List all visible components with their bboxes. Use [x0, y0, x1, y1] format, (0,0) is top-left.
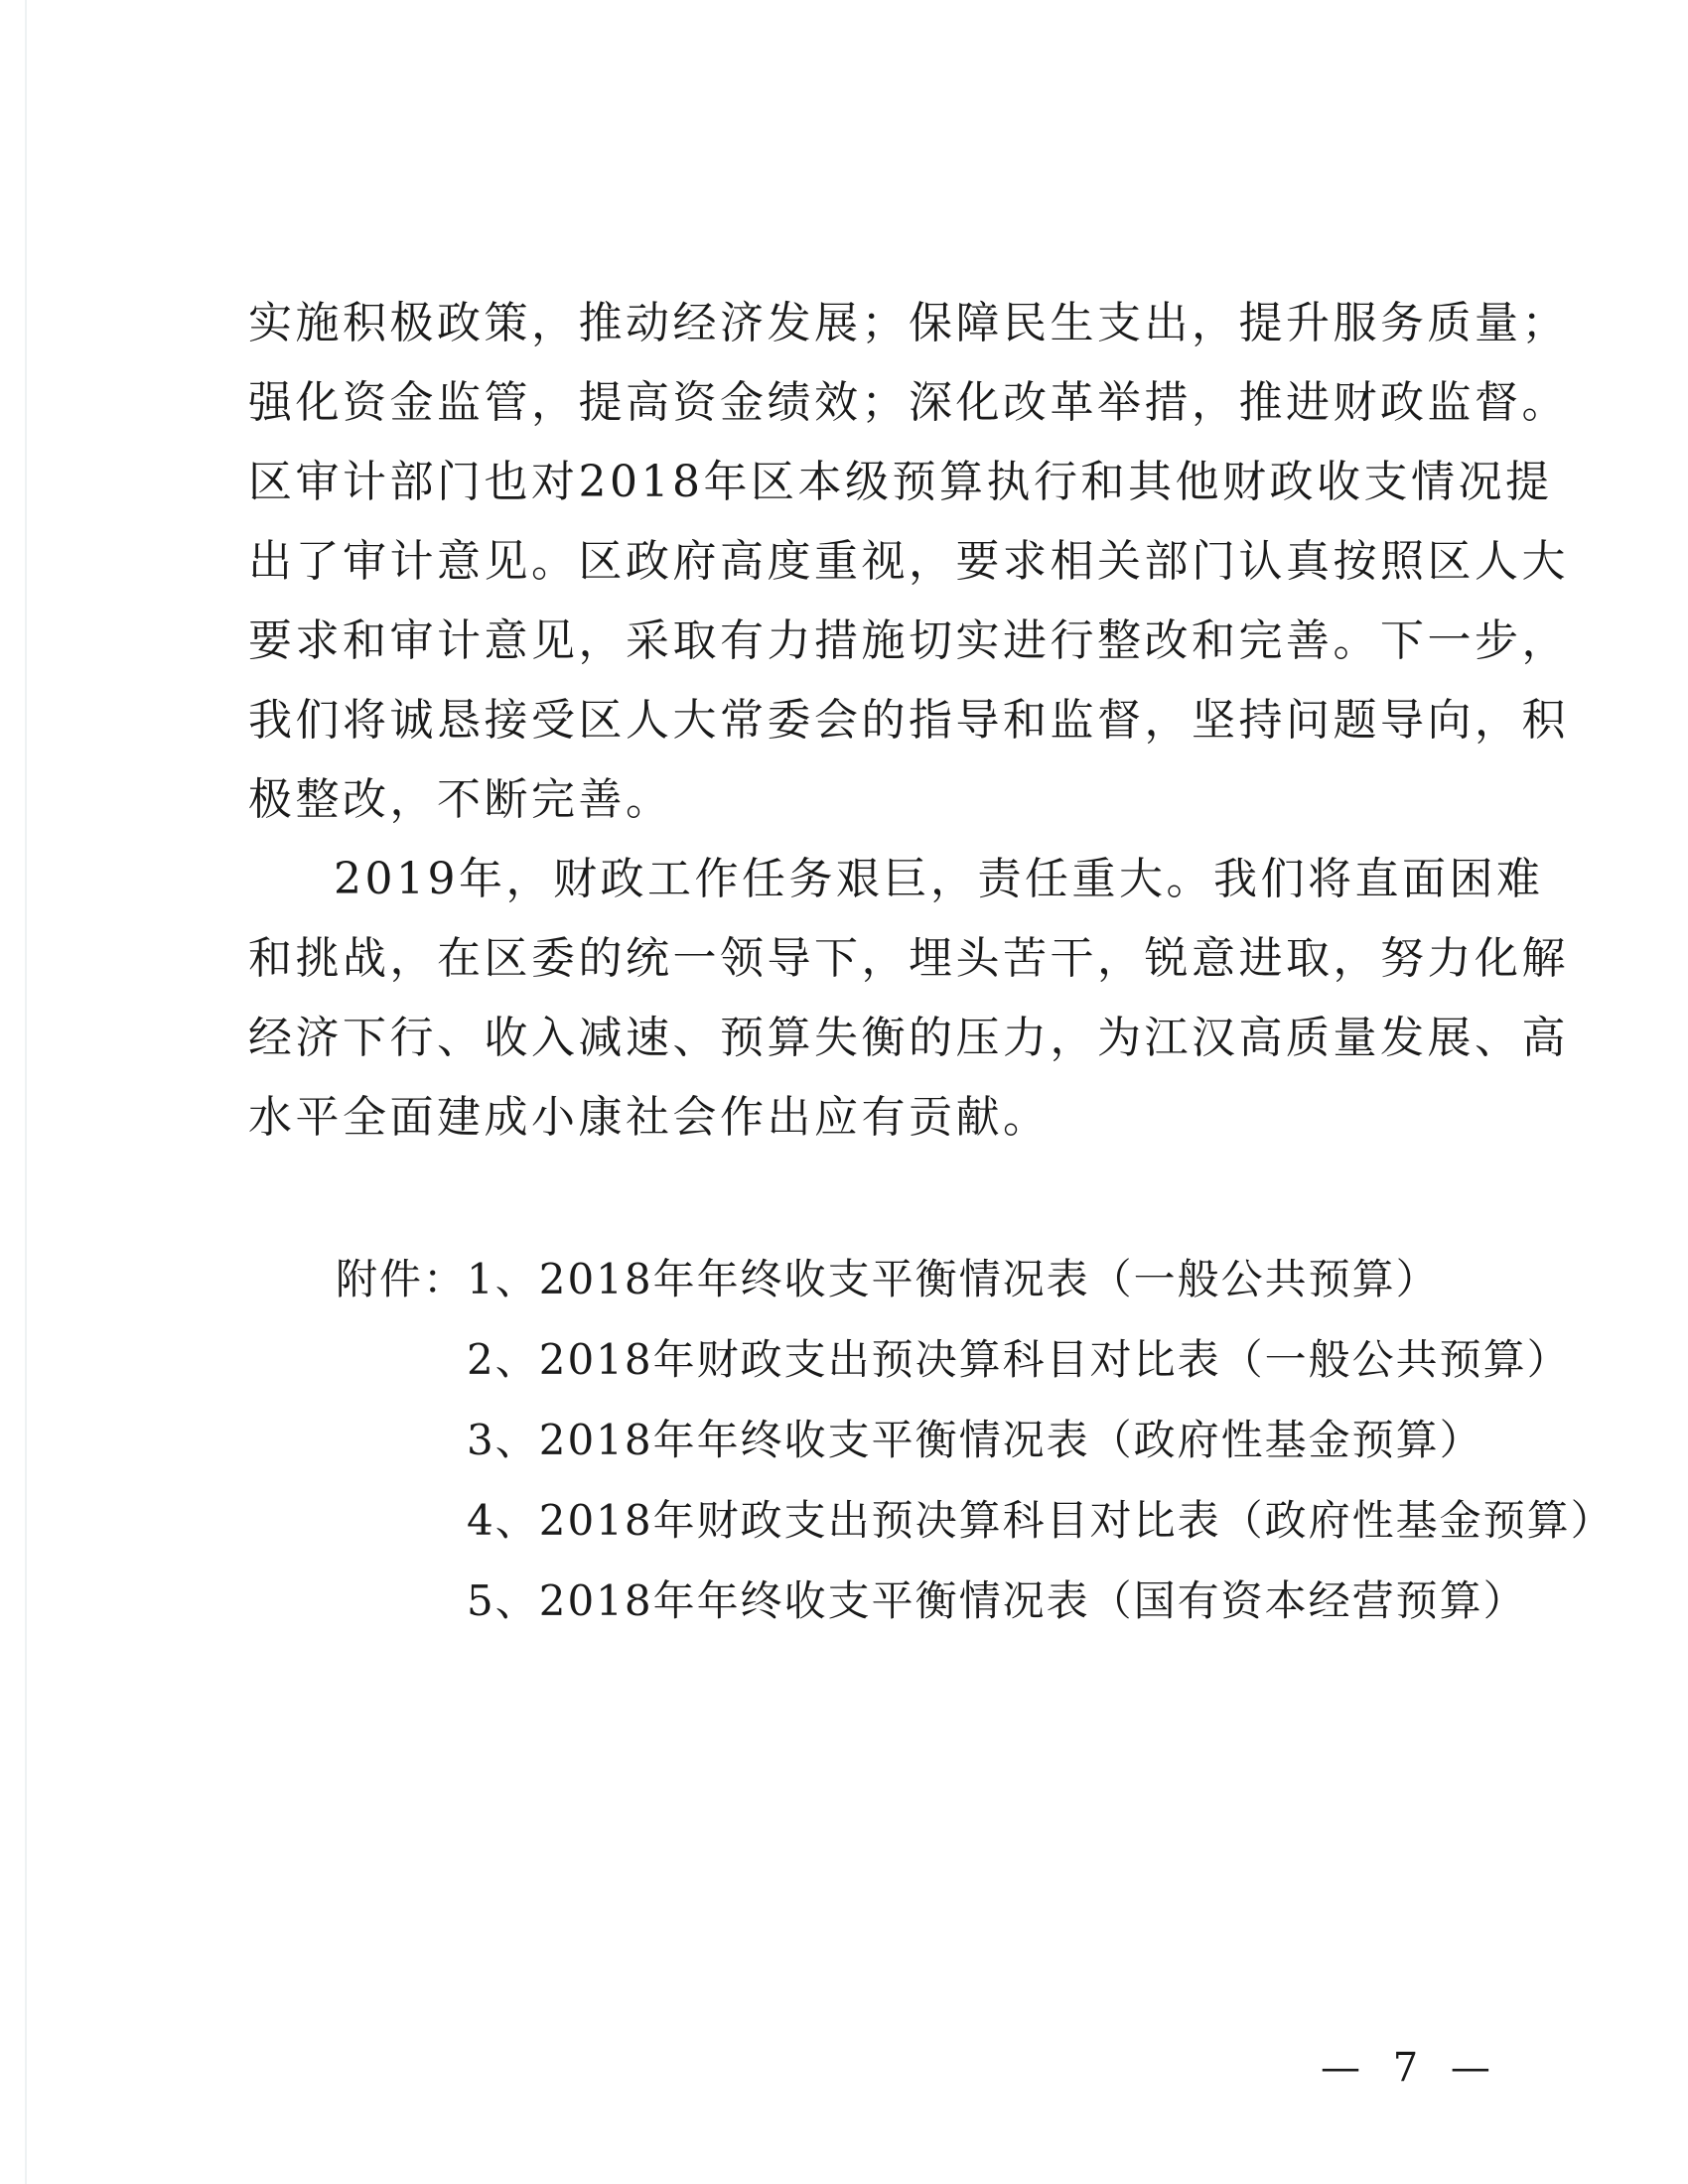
paragraph-2-line: 经济下行、收入减速、预算失衡的压力，为江汉高质量发展、高 — [248, 999, 1440, 1078]
attachment-row: 3、2018年年终收支平衡情况表（政府性基金预算） — [336, 1400, 1458, 1480]
paragraph-2-line: 和挑战，在区委的统一领导下，埋头苦干，锐意进取，努力化解 — [248, 919, 1440, 999]
attachments-label: 附件： — [336, 1239, 467, 1319]
attachment-item: 5、2018年年终收支平衡情况表（国有资本经营预算） — [467, 1561, 1527, 1641]
attachment-row: 4、2018年财政支出预决算科目对比表（政府性基金预算） — [336, 1480, 1458, 1561]
paragraph-1-line: 出了审计意见。区政府高度重视，要求相关部门认真按照区人大 — [248, 522, 1440, 602]
paragraph-1-line: 极整改，不断完善。 — [248, 760, 1440, 840]
attachment-row: 5、2018年年终收支平衡情况表（国有资本经营预算） — [336, 1561, 1458, 1641]
attachment-item: 1、2018年年终收支平衡情况表（一般公共预算） — [467, 1239, 1440, 1319]
attachment-item: 3、2018年年终收支平衡情况表（政府性基金预算） — [467, 1400, 1483, 1480]
paragraph-2-line: 水平全面建成小康社会作出应有贡献。 — [248, 1078, 1440, 1158]
attachments-list: 附件：1、2018年年终收支平衡情况表（一般公共预算） 2、2018年财政支出预… — [336, 1239, 1458, 1641]
attachment-row: 附件：1、2018年年终收支平衡情况表（一般公共预算） — [336, 1239, 1458, 1319]
document-page: 实施积极政策，推动经济发展；保障民生支出，提升服务质量； 强化资金监管，提高资金… — [0, 0, 1688, 2184]
paragraph-1-line: 区审计部门也对2018年区本级预算执行和其他财政收支情况提 — [248, 443, 1440, 522]
paragraph-1-line: 强化资金监管，提高资金绩效；深化改革举措，推进财政监督。 — [248, 363, 1440, 443]
page-number: — 7 — — [1321, 2045, 1500, 2091]
paragraph-1-line: 我们将诚恳接受区人大常委会的指导和监督，坚持问题导向，积 — [248, 681, 1440, 760]
paragraph-2-line: 2019年，财政工作任务艰巨，责任重大。我们将直面困难 — [248, 840, 1440, 919]
paragraph-1-line: 要求和审计意见，采取有力措施切实进行整改和完善。下一步， — [248, 602, 1440, 681]
attachment-item: 4、2018年财政支出预决算科目对比表（政府性基金预算） — [467, 1480, 1615, 1561]
attachment-item: 2、2018年财政支出预决算科目对比表（一般公共预算） — [467, 1319, 1571, 1400]
attachment-row: 2、2018年财政支出预决算科目对比表（一般公共预算） — [336, 1319, 1458, 1400]
paragraph-1-line: 实施积极政策，推动经济发展；保障民生支出，提升服务质量； — [248, 284, 1440, 363]
body-text: 实施积极政策，推动经济发展；保障民生支出，提升服务质量； 强化资金监管，提高资金… — [248, 284, 1440, 1158]
